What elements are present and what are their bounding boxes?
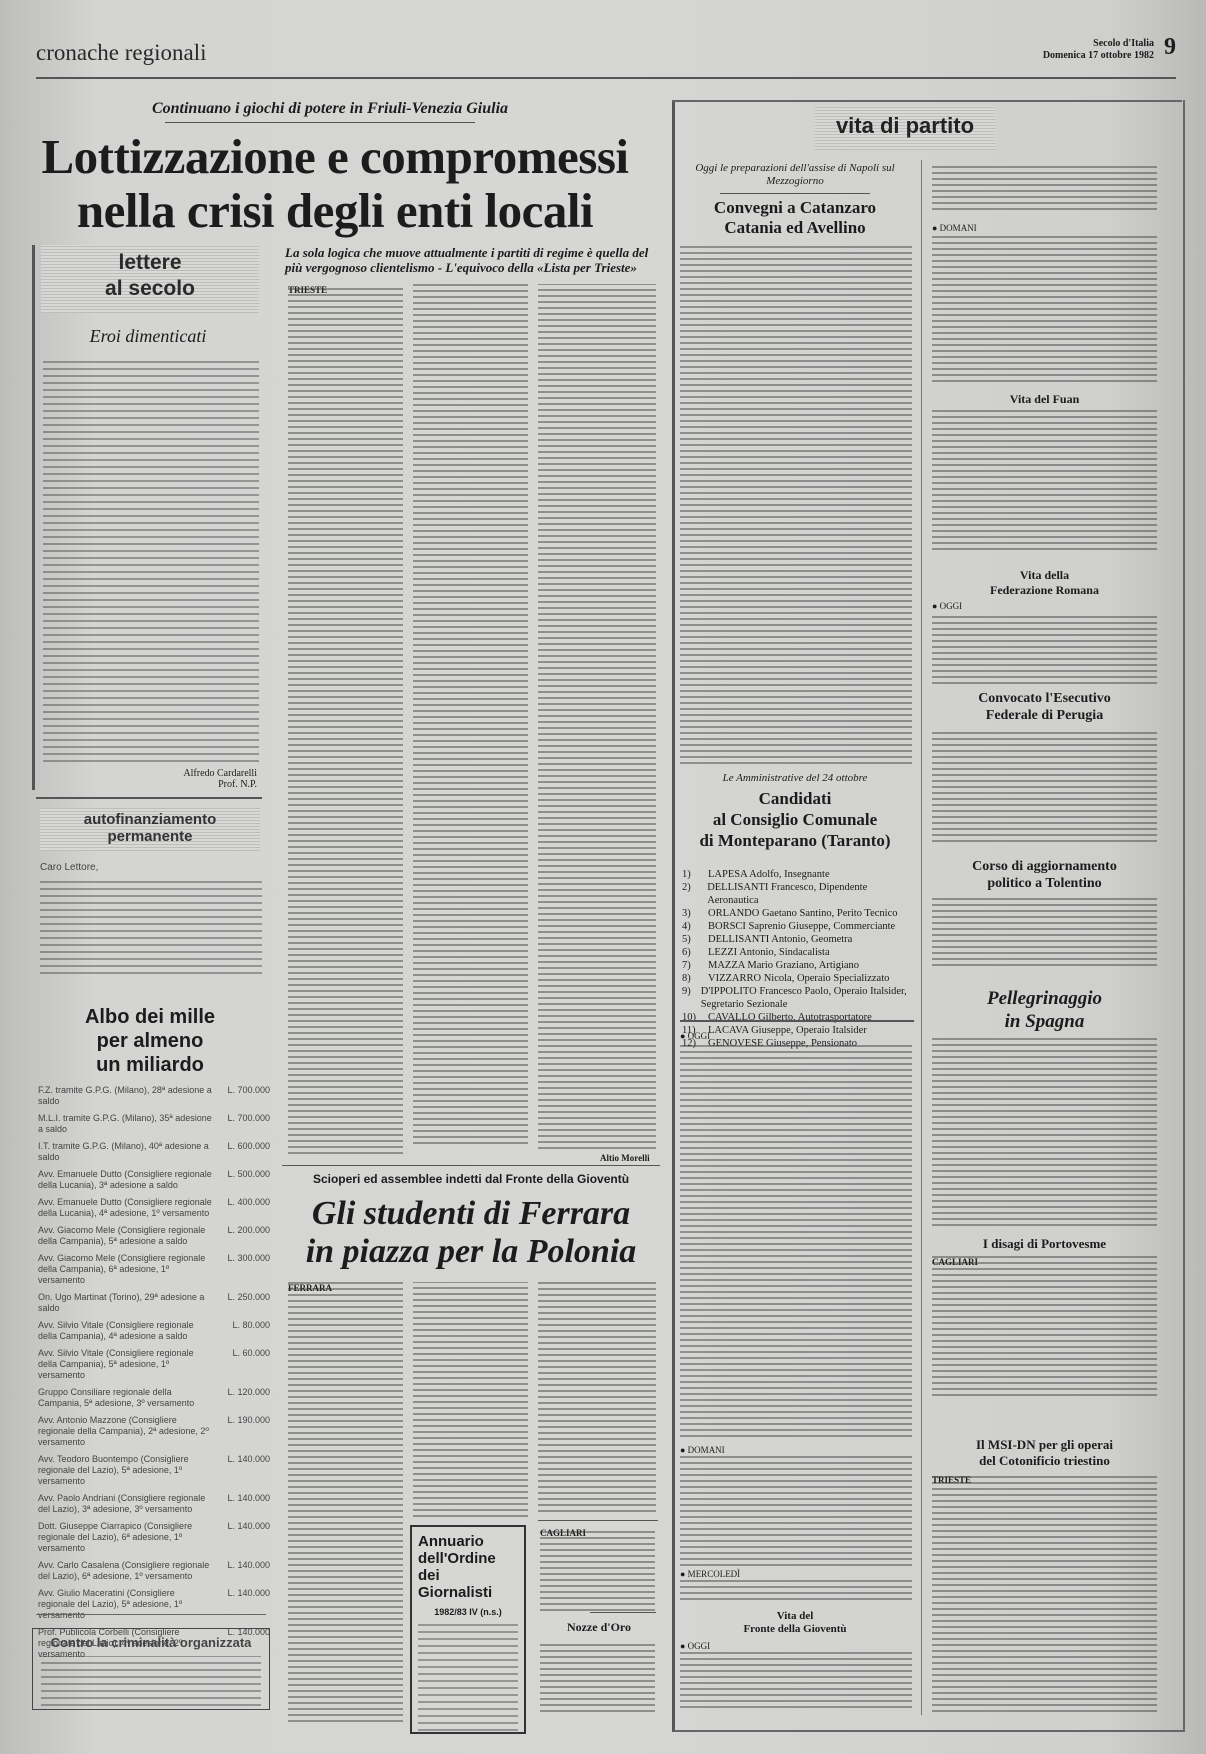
convegni-body — [680, 244, 912, 764]
domani-listing — [680, 1456, 912, 1566]
candidate-name: DELLISANTI Antonio, Geometra — [708, 933, 852, 946]
convegni-title: Convegni a Catanzaro Catania ed Avellino — [675, 198, 915, 238]
fuan-body — [932, 410, 1157, 550]
students-col-2 — [413, 1282, 528, 1517]
albo-entry-name: On. Ugo Martinat (Torino), 29ª adesione … — [38, 1292, 213, 1314]
lead-byline: Altio Morelli — [600, 1152, 650, 1164]
albo-entry-amount: L. 80.000 — [215, 1320, 270, 1342]
annuario-ad: Annuario dell'Ordine dei Giornalisti 198… — [410, 1525, 526, 1734]
candidate-row: 5)DELLISANTI Antonio, Geometra — [682, 933, 914, 946]
letter-body — [43, 357, 259, 762]
students-headline: Gli studenti di Ferrara in piazza per la… — [282, 1195, 660, 1271]
albo-entry: F.Z. tramite G.P.G. (Milano), 28ª adesio… — [38, 1085, 270, 1107]
albo-entry-name: Avv. Giulio Maceratini (Consigliere regi… — [38, 1588, 213, 1621]
albo-entry-name: Avv. Antonio Mazzone (Consigliere region… — [38, 1415, 213, 1448]
nozze-rule — [590, 1612, 656, 1613]
albo-entry-amount: L. 200.000 — [215, 1225, 270, 1247]
albo-entry: Avv. Silvio Vitale (Consigliere regional… — [38, 1348, 270, 1381]
candidate-name: LEZZI Antonio, Sindacalista — [708, 946, 830, 959]
candidate-row: 11)LACAVA Giuseppe, Operaio Italsider — [682, 1024, 914, 1037]
candidate-row: 4)BORSCI Saprenio Giuseppe, Commerciante — [682, 920, 914, 933]
albo-entry: Avv. Giacomo Mele (Consigliere regionale… — [38, 1225, 270, 1247]
candidate-row: 2)DELLISANTI Francesco, Dipendente Aeron… — [682, 881, 914, 907]
candidate-number: 3) — [682, 907, 708, 920]
candidate-name: CAVALLO Gilberto, Autotrasportatore — [708, 1011, 872, 1024]
candidate-name: VIZZARRO Nicola, Operaio Specializzato — [708, 972, 889, 985]
candidate-row: 3)ORLANDO Gaetano Santino, Perito Tecnic… — [682, 907, 914, 920]
oggi-listing — [680, 1042, 912, 1437]
albo-entry-amount: L. 300.000 — [215, 1253, 270, 1286]
fronte-title: Vita del Fronte della Gioventù — [675, 1610, 915, 1636]
albo-entry: Dott. Giuseppe Ciarrapico (Consigliere r… — [38, 1521, 270, 1554]
candidate-row: 9)D'IPPOLITO Francesco Paolo, Operaio It… — [682, 985, 914, 1011]
page-number: 9 — [1164, 34, 1176, 61]
candidate-name: ORLANDO Gaetano Santino, Perito Tecnico — [708, 907, 898, 920]
candidati-title: Candidati al Consiglio Comunale di Monte… — [675, 788, 915, 851]
oggi-label: ● OGGI — [680, 1030, 710, 1042]
candidate-number: 8) — [682, 972, 708, 985]
candidate-number: 10) — [682, 1011, 708, 1024]
kicker-rule — [165, 122, 475, 123]
portovesme-title: I disagi di Portovesme — [932, 1236, 1157, 1252]
albo-title: Albo dei mille per almeno un miliardo — [60, 1005, 240, 1077]
criminalita-title: Contro la criminalità organizzata — [33, 1635, 269, 1650]
students-col-1 — [288, 1282, 403, 1722]
candidates-list: 1)LAPESA Adolfo, Insegnante2)DELLISANTI … — [682, 868, 914, 1050]
elezioni-kicker: Le Amministrative del 24 ottobre — [675, 772, 915, 784]
students-top-rule — [282, 1165, 660, 1166]
albo-entry-name: Avv. Carlo Casalena (Consigliere regiona… — [38, 1560, 213, 1582]
albo-entry-amount: L. 700.000 — [215, 1085, 270, 1107]
albo-entry: Avv. Emanuele Dutto (Consigliere regiona… — [38, 1197, 270, 1219]
albo-entry: Avv. Giulio Maceratini (Consigliere regi… — [38, 1588, 270, 1621]
albo-list: F.Z. tramite G.P.G. (Milano), 28ª adesio… — [38, 1085, 270, 1666]
section-name: cronache regionali — [36, 40, 207, 66]
albo-entry-name: Avv. Paolo Andriani (Consigliere regiona… — [38, 1493, 213, 1515]
albo-entry-name: Avv. Emanuele Dutto (Consigliere regiona… — [38, 1197, 213, 1219]
candidate-row: 1)LAPESA Adolfo, Insegnante — [682, 868, 914, 881]
candidate-row: 8)VIZZARRO Nicola, Operaio Specializzato — [682, 972, 914, 985]
candidate-number: 9) — [682, 985, 701, 1011]
albo-entry-amount: L. 700.000 — [215, 1113, 270, 1135]
autofinanziamento-rubric: autofinanziamento permanente — [40, 808, 260, 851]
convegni-rule — [720, 193, 870, 194]
letters-rule — [36, 797, 262, 799]
students-kicker: Scioperi ed assemblee indetti dal Fronte… — [282, 1172, 660, 1186]
masthead: Secolo d'Italia Domenica 17 ottobre 1982 — [1043, 38, 1154, 62]
candidate-name: BORSCI Saprenio Giuseppe, Commerciante — [708, 920, 895, 933]
mercoledi-label: ● MERCOLEDÌ — [680, 1568, 740, 1580]
albo-entry: I.T. tramite G.P.G. (Milano), 40ª adesio… — [38, 1141, 270, 1163]
federazione-oggi: ● OGGI — [932, 600, 962, 612]
albo-entry-amount: L. 60.000 — [215, 1348, 270, 1381]
fronte-listing — [680, 1652, 912, 1708]
header-rule — [36, 77, 1176, 79]
letters-column: lettere al secolo Eroi dimenticati Alfre… — [32, 245, 261, 790]
tolentino-title: Corso di aggiornamento politico a Tolent… — [932, 858, 1157, 892]
cotonificio-title: Il MSI-DN per gli operai del Cotonificio… — [932, 1437, 1157, 1469]
albo-entry-amount: L. 140.000 — [215, 1521, 270, 1554]
albo-entry-name: M.L.I. tramite G.P.G. (Milano), 35ª ades… — [38, 1113, 213, 1135]
candidate-name: LAPESA Adolfo, Insegnante — [708, 868, 830, 881]
candidate-name: D'IPPOLITO Francesco Paolo, Operaio Ital… — [701, 985, 914, 1011]
albo-entry: Avv. Giacomo Mele (Consigliere regionale… — [38, 1253, 270, 1286]
candidate-number: 7) — [682, 959, 708, 972]
right-top-listing — [932, 162, 1157, 210]
albo-entry-amount: L. 190.000 — [215, 1415, 270, 1448]
albo-entry-amount: L. 250.000 — [215, 1292, 270, 1314]
candidate-row: 7)MAZZA Mario Graziano, Artigiano — [682, 959, 914, 972]
albo-entry-name: Gruppo Consiliare regionale della Campan… — [38, 1387, 213, 1409]
albo-entry-amount: L. 140.000 — [215, 1560, 270, 1582]
candidate-number: 4) — [682, 920, 708, 933]
albo-entry: Avv. Teodoro Buontempo (Consigliere regi… — [38, 1454, 270, 1487]
annuario-edition: 1982/83 IV (n.s.) — [412, 1607, 524, 1617]
cagliari-rule — [538, 1520, 658, 1521]
albo-entry-amount: L. 400.000 — [215, 1197, 270, 1219]
letters-rubric: lettere al secolo — [41, 245, 259, 313]
candidate-number: 5) — [682, 933, 708, 946]
portovesme-body — [932, 1256, 1157, 1396]
students-col-3 — [538, 1282, 656, 1512]
lead-col-2 — [413, 284, 528, 1144]
albo-entry-name: F.Z. tramite G.P.G. (Milano), 28ª adesio… — [38, 1085, 213, 1107]
albo-entry-name: Avv. Giacomo Mele (Consigliere regionale… — [38, 1253, 213, 1286]
lead-headline: Lottizzazione e compromessi nella crisi … — [30, 130, 640, 238]
albo-entry: M.L.I. tramite G.P.G. (Milano), 35ª ades… — [38, 1113, 270, 1135]
albo-entry-name: Avv. Giacomo Mele (Consigliere regionale… — [38, 1225, 213, 1247]
cagliari-body — [540, 1527, 655, 1611]
albo-rule — [36, 1614, 266, 1615]
lead-kicker: Continuano i giochi di potere in Friuli-… — [60, 100, 600, 118]
candidate-name: LACAVA Giuseppe, Operaio Italsider — [708, 1024, 867, 1037]
albo-entry: Avv. Carlo Casalena (Consigliere regiona… — [38, 1560, 270, 1582]
albo-entry-amount: L. 120.000 — [215, 1387, 270, 1409]
cotonificio-body — [932, 1474, 1157, 1712]
candidate-name: MAZZA Mario Graziano, Artigiano — [708, 959, 859, 972]
albo-entry: Avv. Antonio Mazzone (Consigliere region… — [38, 1415, 270, 1448]
fuan-title: Vita del Fuan — [932, 392, 1157, 407]
nozze-body — [540, 1640, 655, 1712]
autofinanziamento-salutation: Caro Lettore, — [40, 862, 98, 874]
candidate-row: 6)LEZZI Antonio, Sindacalista — [682, 946, 914, 959]
criminalita-box: Contro la criminalità organizzata — [32, 1628, 270, 1710]
spagna-title: Pellegrinaggio in Spagna — [932, 987, 1157, 1033]
albo-entry-amount: L. 500.000 — [215, 1169, 270, 1191]
candidate-number: 6) — [682, 946, 708, 959]
candidate-name: DELLISANTI Francesco, Dipendente Aeronau… — [707, 881, 914, 907]
perugia-title: Convocato l'Esecutivo Federale di Perugi… — [932, 690, 1157, 724]
perugia-body — [932, 730, 1157, 842]
albo-entry-amount: L. 600.000 — [215, 1141, 270, 1163]
fronte-oggi-label: ● OGGI — [680, 1640, 710, 1652]
newspaper-page: cronache regionali Secolo d'Italia Domen… — [0, 0, 1206, 1754]
spagna-body — [932, 1038, 1157, 1226]
criminalita-body — [41, 1656, 261, 1706]
autofinanziamento-body — [40, 876, 262, 974]
lead-col-1 — [288, 284, 403, 1154]
right-column-rule — [921, 160, 922, 1715]
masthead-title: Secolo d'Italia — [1043, 38, 1154, 50]
albo-entry-name: Avv. Teodoro Buontempo (Consigliere regi… — [38, 1454, 213, 1487]
federazione-body — [932, 612, 1157, 684]
albo-entry-amount: L. 140.000 — [215, 1588, 270, 1621]
albo-entry-name: I.T. tramite G.P.G. (Milano), 40ª adesio… — [38, 1141, 213, 1163]
vita-di-partito-rubric: vita di partito — [815, 106, 995, 150]
candidate-number: 1) — [682, 868, 708, 881]
albo-entry-name: Avv. Silvio Vitale (Consigliere regional… — [38, 1348, 213, 1381]
letter-title: Eroi dimenticati — [35, 326, 261, 347]
albo-entry: Gruppo Consiliare regionale della Campan… — [38, 1387, 270, 1409]
candidati-rule — [680, 1020, 914, 1022]
albo-entry-amount: L. 140.000 — [215, 1493, 270, 1515]
candidate-row: 10)CAVALLO Gilberto, Autotrasportatore — [682, 1011, 914, 1024]
masthead-date: Domenica 17 ottobre 1982 — [1043, 50, 1154, 62]
albo-entry: On. Ugo Martinat (Torino), 29ª adesione … — [38, 1292, 270, 1314]
albo-entry: Avv. Emanuele Dutto (Consigliere regiona… — [38, 1169, 270, 1191]
convegni-kicker: Oggi le preparazioni dell'assise di Napo… — [675, 162, 915, 188]
lead-col-3 — [538, 284, 656, 1149]
nozze-title: Nozze d'Oro — [540, 1620, 658, 1635]
vita-top-rule — [672, 100, 1182, 102]
albo-entry-name: Avv. Silvio Vitale (Consigliere regional… — [38, 1320, 213, 1342]
albo-entry-name: Dott. Giuseppe Ciarrapico (Consigliere r… — [38, 1521, 213, 1554]
annuario-text — [418, 1623, 518, 1731]
federazione-title: Vita della Federazione Romana — [932, 568, 1157, 598]
albo-entry-amount: L. 140.000 — [215, 1454, 270, 1487]
annuario-title: Annuario dell'Ordine dei Giornalisti — [412, 1527, 524, 1601]
right-domani-label: ● DOMANI — [932, 222, 977, 234]
albo-entry: Avv. Paolo Andriani (Consigliere regiona… — [38, 1493, 270, 1515]
right-domani-listing — [932, 234, 1157, 382]
letter-signature: Alfredo Cardarelli Prof. N.P. — [35, 768, 261, 790]
candidate-number: 2) — [682, 881, 707, 907]
albo-entry-name: Avv. Emanuele Dutto (Consigliere regiona… — [38, 1169, 213, 1191]
lead-deck: La sola logica che muove attualmente i p… — [285, 245, 660, 275]
albo-entry: Avv. Silvio Vitale (Consigliere regional… — [38, 1320, 270, 1342]
mercoledi-listing — [680, 1580, 912, 1600]
tolentino-body — [932, 896, 1157, 966]
domani-label: ● DOMANI — [680, 1444, 725, 1456]
